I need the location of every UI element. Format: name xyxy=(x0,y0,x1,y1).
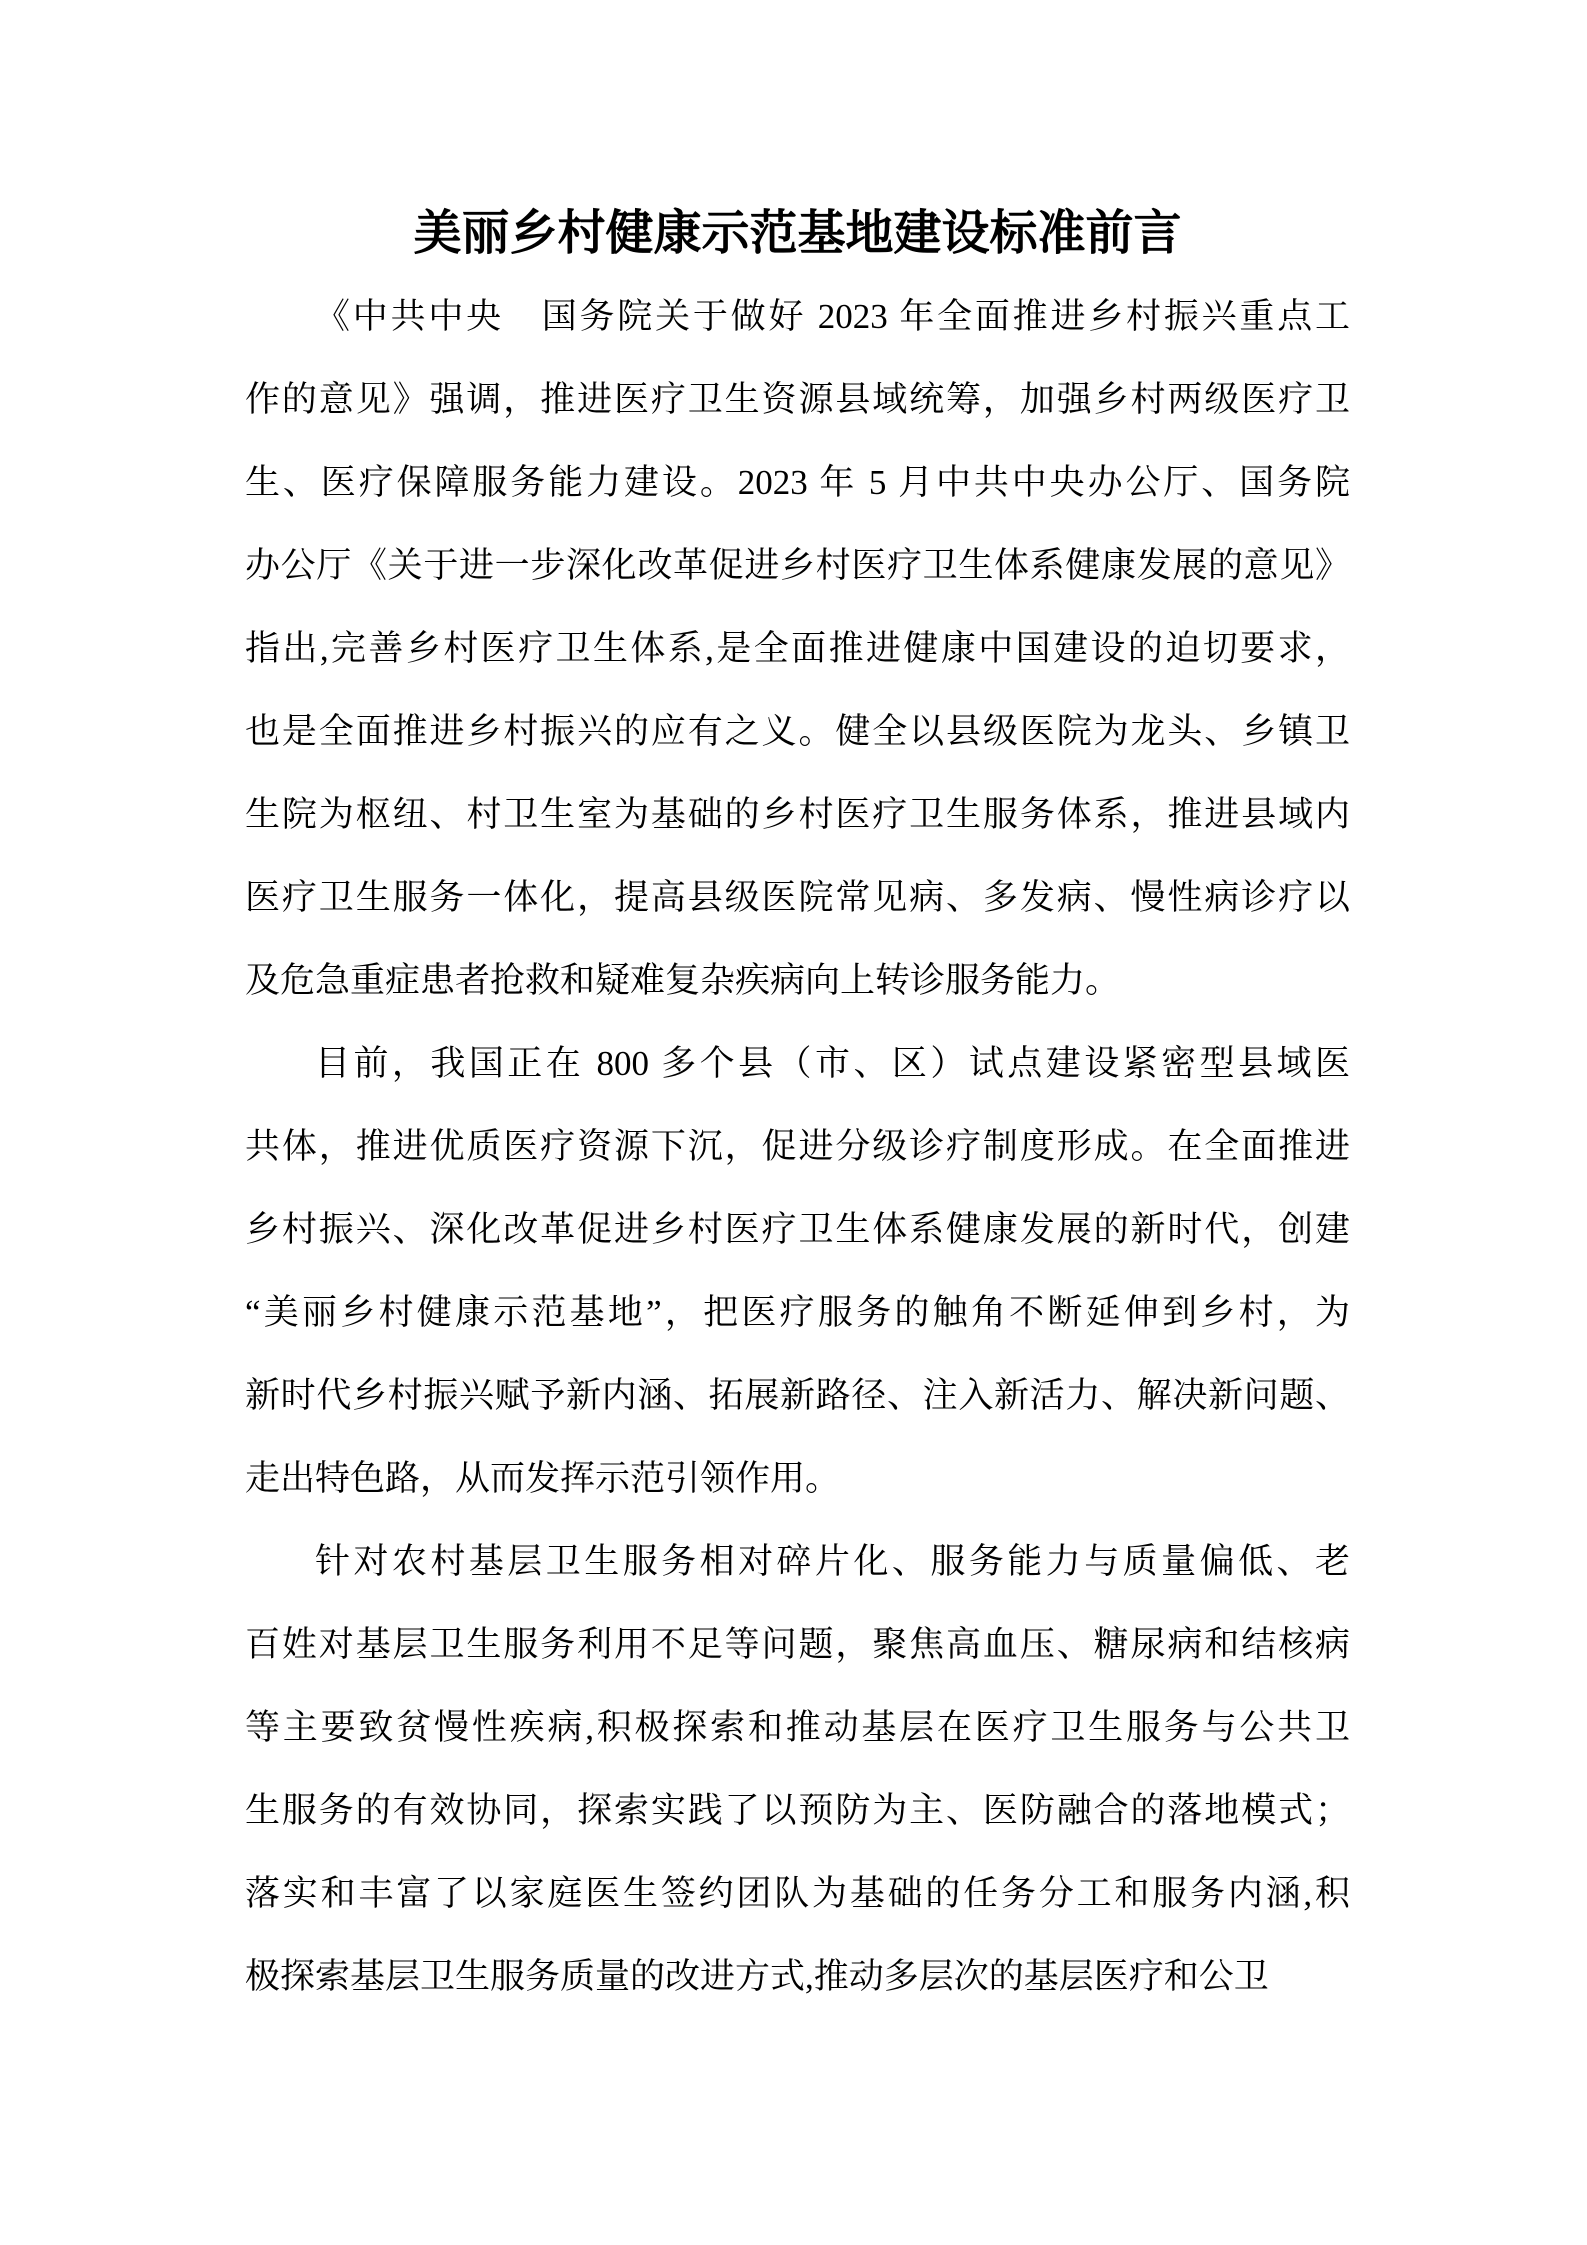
text-line: 作的意见》强调，推进医疗卫生资源县域统筹，加强乡村两级医疗卫 xyxy=(245,358,1350,441)
text-line: 乡村振兴、深化改革促进乡村医疗卫生体系健康发展的新时代，创建 xyxy=(245,1188,1350,1271)
document-page: 美丽乡村健康示范基地建设标准前言 《中共中央 国务院关于做好 2023 年全面推… xyxy=(0,0,1587,2245)
text-line: 百姓对基层卫生服务利用不足等问题，聚焦高血压、糖尿病和结核病 xyxy=(245,1603,1350,1686)
text-line: 生服务的有效协同，探索实践了以预防为主、医防融合的落地模式； xyxy=(245,1769,1350,1852)
text-line: 共体，推进优质医疗资源下沉，促进分级诊疗制度形成。在全面推进 xyxy=(245,1105,1350,1188)
text-line: 生院为枢纽、村卫生室为基础的乡村医疗卫生服务体系，推进县域内 xyxy=(245,773,1350,856)
text-line: 指出,完善乡村医疗卫生体系,是全面推进健康中国建设的迫切要求， xyxy=(245,607,1350,690)
text-line: 等主要致贫慢性疾病,积极探索和推动基层在医疗卫生服务与公共卫 xyxy=(245,1686,1350,1769)
text-line: 《中共中央 国务院关于做好 2023 年全面推进乡村振兴重点工 xyxy=(245,275,1350,358)
paragraph: 目前，我国正在 800 多个县（市、区）试点建设紧密型县域医共体，推进优质医疗资… xyxy=(245,1022,1350,1520)
text-line: 也是全面推进乡村振兴的应有之义。健全以县级医院为龙头、乡镇卫 xyxy=(245,690,1350,773)
text-line: 极探索基层卫生服务质量的改进方式,推动多层次的基层医疗和公卫 xyxy=(245,1935,1350,2018)
text-line: 办公厅《关于进一步深化改革促进乡村医疗卫生体系健康发展的意见》 xyxy=(245,524,1350,607)
document-content: 美丽乡村健康示范基地建设标准前言 《中共中央 国务院关于做好 2023 年全面推… xyxy=(245,192,1350,2018)
text-line: 目前，我国正在 800 多个县（市、区）试点建设紧密型县域医 xyxy=(245,1022,1350,1105)
text-line: 生、医疗保障服务能力建设。2023 年 5 月中共中央办公厅、国务院 xyxy=(245,441,1350,524)
text-line: 走出特色路，从而发挥示范引领作用。 xyxy=(245,1437,1350,1520)
text-line: 及危急重症患者抢救和疑难复杂疾病向上转诊服务能力。 xyxy=(245,939,1350,1022)
text-line: 落实和丰富了以家庭医生签约团队为基础的任务分工和服务内涵,积 xyxy=(245,1852,1350,1935)
text-line: “美丽乡村健康示范基地”，把医疗服务的触角不断延伸到乡村，为 xyxy=(245,1271,1350,1354)
text-line: 新时代乡村振兴赋予新内涵、拓展新路径、注入新活力、解决新问题、 xyxy=(245,1354,1350,1437)
document-body: 《中共中央 国务院关于做好 2023 年全面推进乡村振兴重点工作的意见》强调，推… xyxy=(245,275,1350,2018)
text-line: 针对农村基层卫生服务相对碎片化、服务能力与质量偏低、老 xyxy=(245,1520,1350,1603)
paragraph: 针对农村基层卫生服务相对碎片化、服务能力与质量偏低、老百姓对基层卫生服务利用不足… xyxy=(245,1520,1350,2018)
document-title: 美丽乡村健康示范基地建设标准前言 xyxy=(245,192,1350,275)
text-line: 医疗卫生服务一体化，提高县级医院常见病、多发病、慢性病诊疗以 xyxy=(245,856,1350,939)
paragraph: 《中共中央 国务院关于做好 2023 年全面推进乡村振兴重点工作的意见》强调，推… xyxy=(245,275,1350,1022)
